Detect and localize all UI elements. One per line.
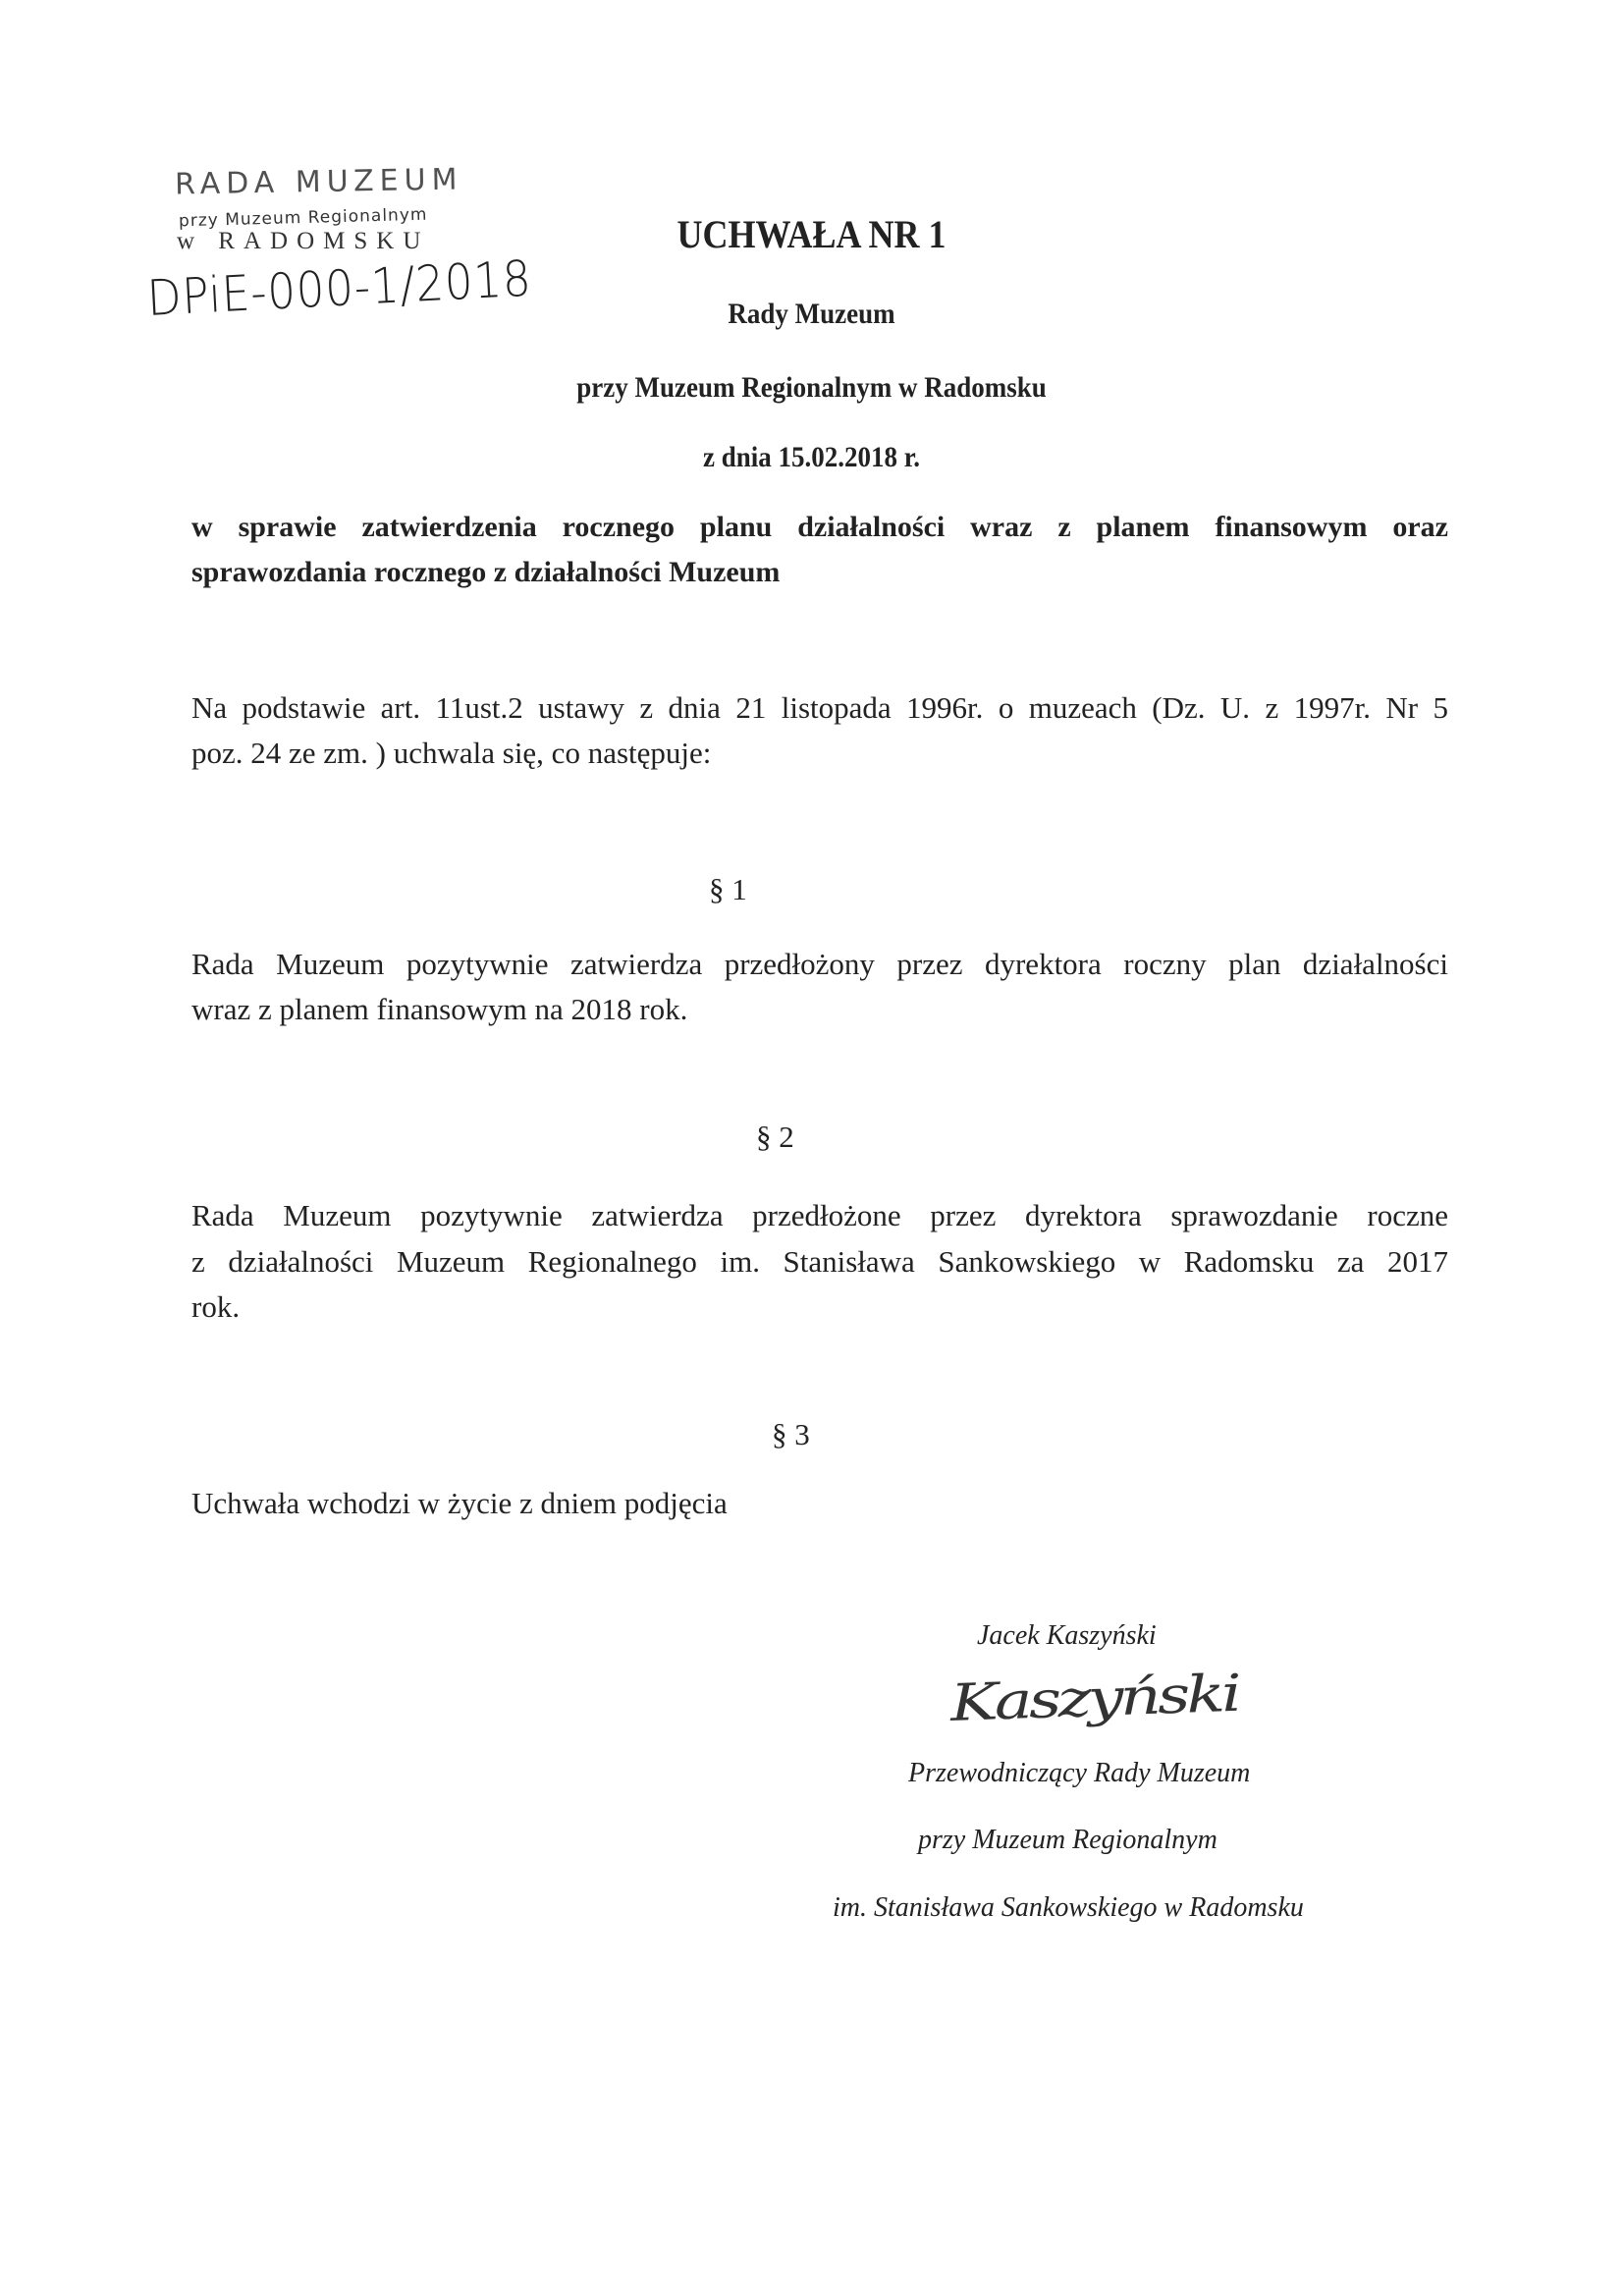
document-title: UCHWAŁA NR 1 — [81, 211, 1542, 257]
document-date: z dnia 15.02.2018 r. — [81, 441, 1542, 474]
signatory-name: Jacek Kaszyński — [977, 1620, 1157, 1652]
document-subtitle-museum: przy Muzeum Regionalnym w Radomsku — [81, 371, 1542, 405]
section-3-mark: § 3 — [772, 1417, 810, 1452]
stamp-line-1: RADA MUZEUM — [175, 162, 463, 201]
section-1-mark: § 1 — [709, 872, 747, 907]
section-1-line-1: Rada Muzeum pozytywnie zatwierdza przedł… — [191, 947, 1448, 982]
subject-line-1: w sprawie zatwierdzenia rocznego planu d… — [191, 511, 1448, 544]
section-2-line-2: z działalności Muzeum Regionalnego im. S… — [191, 1244, 1448, 1280]
section-2-mark: § 2 — [756, 1120, 794, 1155]
signatory-role-line-3: im. Stanisława Sankowskiego w Radomsku — [833, 1892, 1304, 1924]
preamble-line-2: poz. 24 ze zm. ) uchwala się, co następu… — [191, 736, 1448, 771]
section-3-line-1: Uchwała wchodzi w życie z dniem podjęcia — [191, 1486, 1448, 1521]
section-1-line-2: wraz z planem finansowym na 2018 rok. — [191, 992, 1448, 1027]
document-subtitle-council: Rady Muzeum — [81, 298, 1542, 331]
section-2-line-1: Rada Muzeum pozytywnie zatwierdza przedł… — [191, 1198, 1448, 1233]
signatory-role-line-1: Przewodniczący Rady Muzeum — [908, 1758, 1250, 1789]
handwritten-signature: Kaszyński — [949, 1665, 1239, 1733]
preamble-line-1: Na podstawie art. 11ust.2 ustawy z dnia … — [191, 690, 1448, 726]
signatory-role-line-2: przy Muzeum Regionalnym — [918, 1825, 1217, 1856]
section-2-line-3: rok. — [191, 1289, 1448, 1325]
subject-line-2: sprawozdania rocznego z działalności Muz… — [191, 556, 1448, 589]
